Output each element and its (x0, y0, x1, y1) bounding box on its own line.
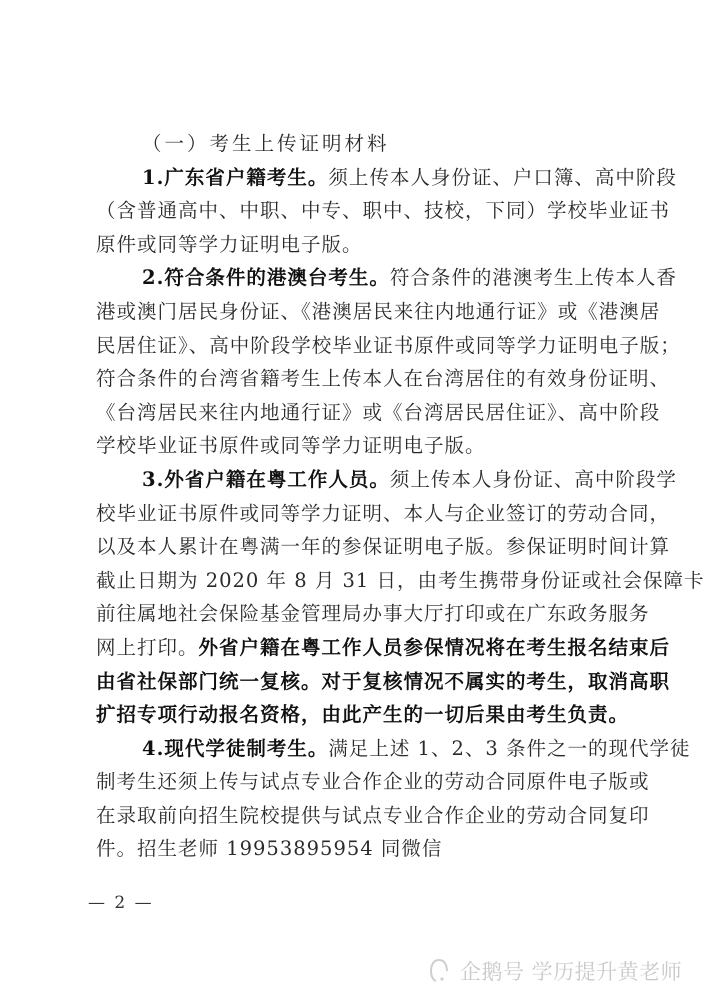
paragraph-3-line-5: 前往属地社会保险基金管理局办事大厅打印或在广东政务服务 (96, 597, 620, 631)
paragraph-1-line-3: 原件或同等学力证明电子版。 (96, 228, 620, 262)
paragraph-3-line-1: 3.外省户籍在粤工作人员。须上传本人身份证、高中阶段学 (96, 463, 620, 497)
paragraph-4-line-4: 件。招生老师 19953895954 同微信 (96, 832, 620, 866)
paragraph-3-line-8: 扩招专项行动报名资格，由此产生的一切后果由考生负责。 (96, 698, 620, 732)
paragraph-3-line-7: 由省社保部门统一复核。对于复核情况不属实的考生，取消高职 (96, 665, 620, 699)
paragraph-3-line-6: 网上打印。外省户籍在粤工作人员参保情况将在考生报名结束后 (96, 631, 620, 665)
page-number: — 2 — (88, 893, 154, 913)
penguin-icon (428, 958, 450, 984)
paragraph-4-line-1: 4.现代学徒制考生。满足上述 1、2、3 条件之一的现代学徒 (96, 732, 620, 766)
paragraph-3-title: 3.外省户籍在粤工作人员。 (142, 468, 390, 491)
paragraph-3-line-4: 截止日期为 2020 年 8 月 31 日，由考生携带身份证或社会保障卡 (96, 564, 620, 598)
paragraph-1-title: 1.广东省户籍考生。 (142, 166, 328, 189)
paragraph-4-line-3: 在录取前向招生院校提供与试点专业合作企业的劳动合同复印 (96, 799, 620, 833)
paragraph-2-line-5: 《台湾居民来往内地通行证》或《台湾居民居住证》、高中阶段 (96, 396, 620, 430)
document-page: （一）考生上传证明材料 1.广东省户籍考生。须上传本人身份证、户口簿、高中阶段 … (0, 0, 708, 1000)
watermark-text: 企鹅号 学历提升黄老师 (460, 956, 682, 986)
paragraph-2-line-2: 港或澳门居民身份证、《港澳居民来往内地通行证》或《港澳居 (96, 295, 620, 329)
section-heading: （一）考生上传证明材料 (96, 127, 620, 161)
paragraph-2-line-3: 民居住证》、高中阶段学校毕业证书原件或同等学力证明电子版； (96, 329, 620, 363)
paragraph-3-line-2: 校毕业证书原件或同等学力证明、本人与企业签订的劳动合同， (96, 497, 620, 531)
paragraph-1-line-1: 1.广东省户籍考生。须上传本人身份证、户口簿、高中阶段 (96, 161, 620, 195)
paragraph-3-line-3: 以及本人累计在粤满一年的参保证明电子版。参保证明时间计算 (96, 530, 620, 564)
paragraph-1-line-2: （含普通高中、中职、中专、职中、技校，下同）学校毕业证书 (96, 194, 620, 228)
paragraph-2-line-6: 学校毕业证书原件或同等学力证明电子版。 (96, 429, 620, 463)
paragraph-4-line-2: 制考生还须上传与试点专业合作企业的劳动合同原件电子版或 (96, 765, 620, 799)
bold-notice: 外省户籍在粤工作人员参保情况将在考生报名结束后 (199, 636, 671, 659)
paragraph-2-title: 2.符合条件的港澳台考生。 (142, 266, 390, 289)
paragraph-4-title: 4.现代学徒制考生。 (142, 737, 328, 760)
watermark: 企鹅号 学历提升黄老师 (428, 956, 682, 986)
paragraph-2-line-4: 符合条件的台湾省籍考生上传本人在台湾居住的有效身份证明、 (96, 362, 620, 396)
document-body: （一）考生上传证明材料 1.广东省户籍考生。须上传本人身份证、户口簿、高中阶段 … (96, 127, 620, 866)
paragraph-2-line-1: 2.符合条件的港澳台考生。符合条件的港澳考生上传本人香 (96, 261, 620, 295)
